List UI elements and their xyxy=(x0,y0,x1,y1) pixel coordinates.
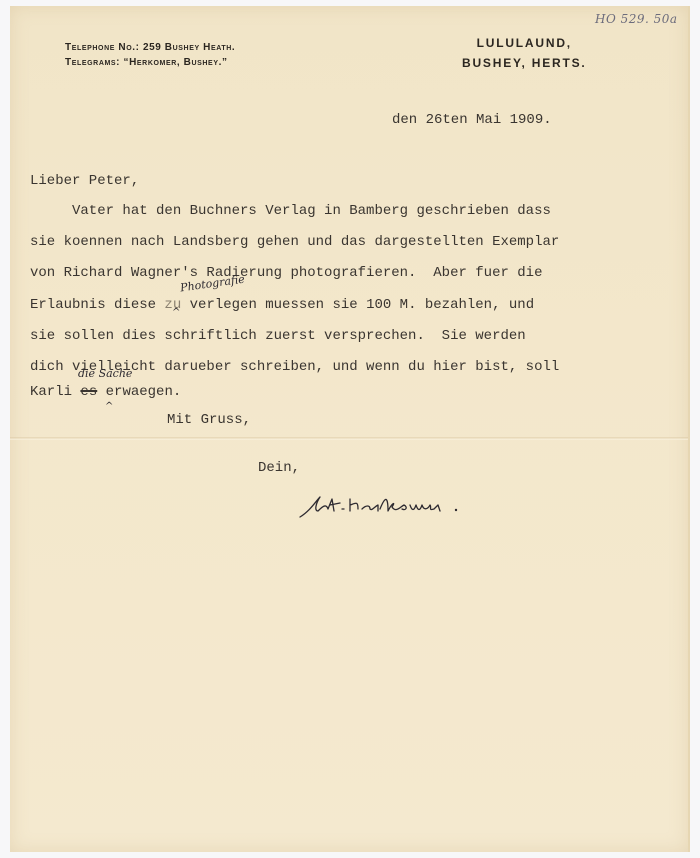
letter-sign-off: Dein, xyxy=(258,460,300,476)
insertion-caret-2: ^ xyxy=(105,401,113,412)
body-line-1: Vater hat den Buchners Verlag in Bamberg… xyxy=(30,203,551,219)
struck-word: es xyxy=(80,384,97,400)
body-line-7-start: Karli xyxy=(30,384,80,400)
body-line-5: sie sollen dies schriftlich zuerst versp… xyxy=(30,328,526,344)
body-line-2: sie koennen nach Landsberg gehen und das… xyxy=(30,234,559,250)
paper-fold-line xyxy=(10,437,688,440)
body-line-3: von Richard Wagner's Radierung photograf… xyxy=(30,265,542,281)
body-line-4-end: verlegen muessen sie 100 M. bezahlen, un… xyxy=(181,297,534,313)
insertion-caret: ^ xyxy=(172,307,180,318)
signature: H. v. Herkomer. xyxy=(296,489,496,523)
letter-salutation: Lieber Peter, xyxy=(30,173,139,189)
letter-date: den 26ten Mai 1909. xyxy=(392,112,552,128)
handwritten-insertion-die-sache: die Sache xyxy=(78,367,132,380)
body-line-4: Erlaubnis diese zu verlegen muessen sie … xyxy=(30,297,534,313)
body-line-7: Karli es erwaegen. xyxy=(30,384,181,400)
letterhead-telephone: Telephone No.: 259 Bushey Heath. xyxy=(65,40,235,55)
letterhead-address: LULULAUND, BUSHEY, HERTS. xyxy=(462,33,587,73)
letter-closing: Mit Gruss, xyxy=(167,412,251,428)
archive-reference: HO 529. 50a xyxy=(595,12,678,26)
letterhead-telegrams: Telegrams: “Herkomer, Bushey.” xyxy=(65,55,235,70)
body-line-4-start: Erlaubnis diese xyxy=(30,297,164,313)
letter-paper xyxy=(10,6,690,852)
letterhead-house-name: LULULAUND, xyxy=(462,33,587,53)
letterhead-contact: Telephone No.: 259 Bushey Heath. Telegra… xyxy=(65,40,235,70)
body-line-7-end: erwaegen. xyxy=(97,384,181,400)
signature-scrawl-icon xyxy=(296,489,496,523)
letterhead-town: BUSHEY, HERTS. xyxy=(462,53,587,73)
